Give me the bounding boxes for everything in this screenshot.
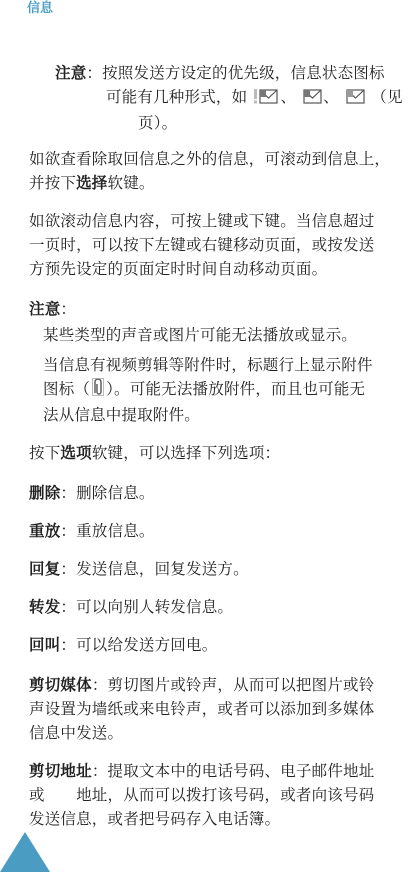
softkey-select-label: 选择 xyxy=(76,174,107,192)
note-item: 某些类型的声音或图片可能无法播放或显示。 xyxy=(43,323,357,347)
option-desc: 发送信息，或者把号码存入电话簿。 xyxy=(29,807,374,831)
paragraph-text: 如欲滚动信息内容，可按上键或下键。当信息超过 xyxy=(29,209,374,233)
paragraph-text: 方预先设定的页面定时时间自动移动页面。 xyxy=(29,257,374,281)
note-item-text: ）。可能无法播放附件，而且也可能无 xyxy=(106,380,365,398)
priority-message-icon xyxy=(253,87,279,111)
paragraph-text: 软键，可以选择下列选项： xyxy=(92,444,280,462)
option-desc: ：重放信息。 xyxy=(60,522,154,540)
paragraph-text: 一页时，可以按下左键或右键移动页面，或按发送 xyxy=(29,233,374,257)
note-sep: ： xyxy=(60,300,76,318)
note-item-text: 当信息有视频剪辑等附件时，标题行上显示附件 xyxy=(43,353,373,377)
section-header: 信息 xyxy=(27,0,53,18)
note-attachments: 注意： xyxy=(29,297,76,321)
note-text: （见 xyxy=(371,88,402,106)
paragraph-text: 按下 xyxy=(29,444,60,462)
option-desc: ：可以向别人转发信息。 xyxy=(60,598,233,616)
paragraph-text: 并按下 xyxy=(29,174,76,192)
option-desc: 信息中发送。 xyxy=(29,721,374,745)
option-forward: 转发：可以向别人转发信息。 xyxy=(29,595,233,619)
option-reply: 回复：发送信息，回复发送方。 xyxy=(29,557,249,581)
message-icon xyxy=(345,87,365,111)
option-desc: 声设置为墙纸或来电铃声，或者可以添加到多媒体 xyxy=(29,697,374,721)
options-intro: 按下选项软键，可以选择下列选项： xyxy=(29,441,280,465)
option-name: 剪切地址 xyxy=(29,762,92,780)
message-icon xyxy=(302,87,322,111)
option-cut-address: 剪切地址：提取文本中的电话号码、电子邮件地址 或 地址，从而可以拨打该号码，或者… xyxy=(29,759,374,831)
note-sep: 、 xyxy=(280,88,296,106)
note-text: 页）。 xyxy=(55,111,403,135)
paragraph-text: 如欲查看除取回信息之外的信息，可滚动到信息上， xyxy=(29,147,390,171)
note-label: 注意 xyxy=(55,64,86,82)
note-text: 按照发送方设定的优先级，信息状态图标 xyxy=(102,64,385,82)
note-priority-icons: 注意：按照发送方设定的优先级，信息状态图标 可能有几种形式，如 、 、 （见 页… xyxy=(55,61,403,135)
page-corner-triangle-icon xyxy=(0,832,50,872)
paperclip-icon xyxy=(91,378,105,403)
option-name: 剪切媒体 xyxy=(29,676,92,694)
option-cut-media: 剪切媒体：剪切图片或铃声，从而可以把图片或铃 声设置为墙纸或来电铃声，或者可以添… xyxy=(29,673,374,745)
paragraph-text: 软键。 xyxy=(108,174,155,192)
note-item-text: 图标（ xyxy=(43,380,90,398)
option-desc: ：剪切图片或铃声，从而可以把图片或铃 xyxy=(92,676,375,694)
option-name: 重放 xyxy=(29,522,60,540)
note-item-text: 法从信息中提取附件。 xyxy=(43,403,373,427)
note-item-text: 某些类型的声音或图片可能无法播放或显示。 xyxy=(43,323,357,347)
paragraph-scroll: 如欲滚动信息内容，可按上键或下键。当信息超过 一页时，可以按下左键或右键移动页面… xyxy=(29,209,374,281)
option-desc: ：可以给发送方回电。 xyxy=(60,636,217,654)
option-desc: ：提取文本中的电话号码、电子邮件地址 xyxy=(92,762,375,780)
option-name: 转发 xyxy=(29,598,60,616)
softkey-options-label: 选项 xyxy=(60,444,91,462)
option-name: 回叫 xyxy=(29,636,60,654)
note-text: 可能有几种形式，如 xyxy=(106,88,247,106)
option-name: 回复 xyxy=(29,560,60,578)
note-label: 注意 xyxy=(29,300,60,318)
option-delete: 删除：删除信息。 xyxy=(29,481,155,505)
note-sep: ： xyxy=(86,64,102,82)
option-desc: ：发送信息，回复发送方。 xyxy=(60,560,248,578)
option-call-back: 回叫：可以给发送方回电。 xyxy=(29,633,217,657)
option-name: 删除 xyxy=(29,484,60,502)
option-desc: ：删除信息。 xyxy=(60,484,154,502)
note-sep: 、 xyxy=(323,88,339,106)
note-item: 当信息有视频剪辑等附件时，标题行上显示附件 图标（ ）。可能无法播放附件，而且也… xyxy=(43,353,373,427)
option-desc: 或 地址，从而可以拨打该号码，或者向该号码 xyxy=(29,783,374,807)
option-replay: 重放：重放信息。 xyxy=(29,519,155,543)
paragraph-view-other: 如欲查看除取回信息之外的信息，可滚动到信息上， 并按下选择软键。 xyxy=(29,147,390,195)
